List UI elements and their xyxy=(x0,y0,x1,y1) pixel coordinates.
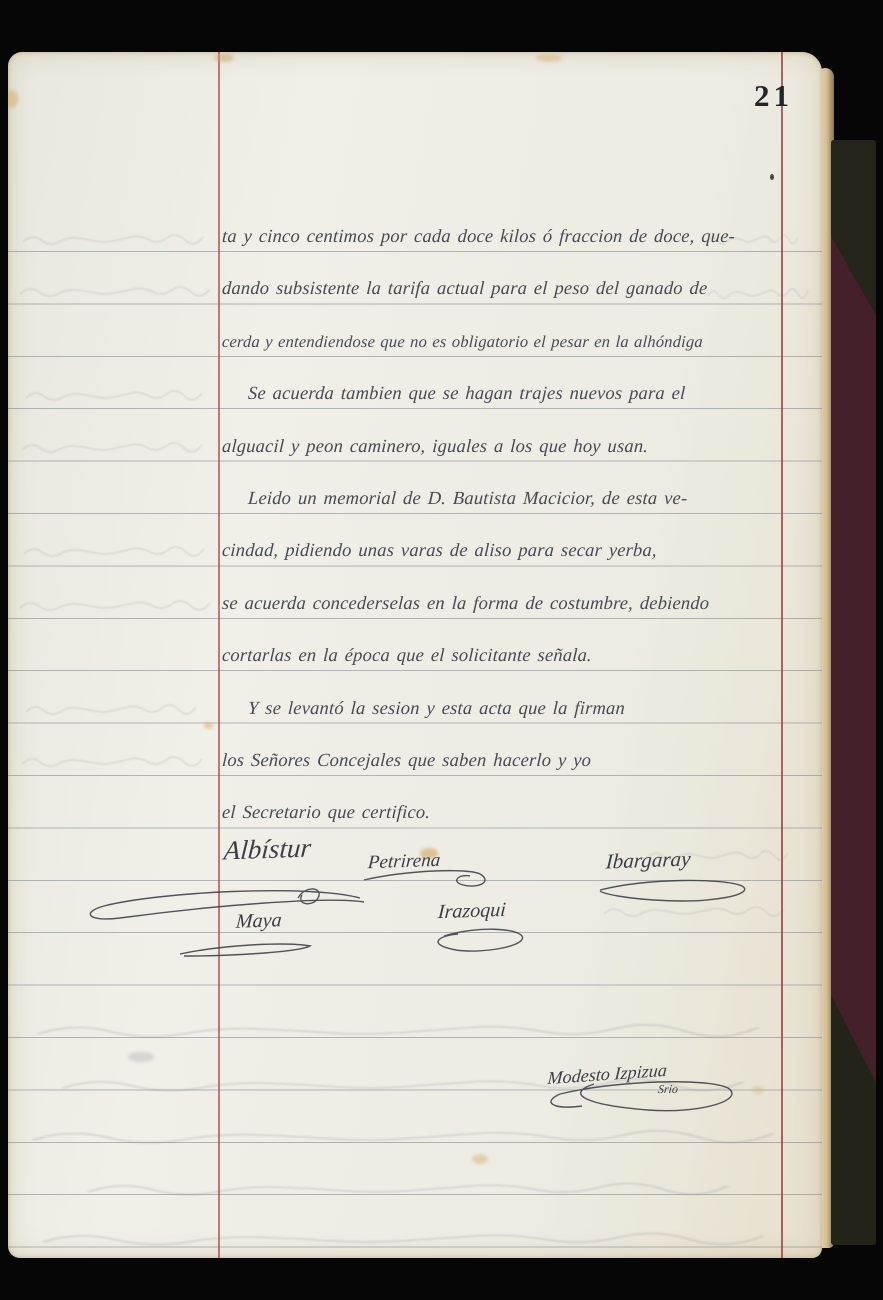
paper-stain xyxy=(8,90,18,108)
page-number: 21 xyxy=(754,78,793,114)
paper-stain xyxy=(472,1154,488,1164)
signature-irazoqui: Irazoqui xyxy=(437,899,507,924)
manuscript-line: cindad, pidiendo unas varas de aliso par… xyxy=(221,529,783,573)
signature-ibargaray: Ibargaray xyxy=(605,847,691,875)
manuscript-line: cerda y entendiendose que no es obligato… xyxy=(221,320,783,364)
signature-albistur: Albístur xyxy=(223,832,312,866)
manuscript-line: se acuerda concederselas en la forma de … xyxy=(221,582,783,626)
manuscript-line: cortarlas en la época que el solicitante… xyxy=(221,634,783,678)
manuscript-line: Y se levantó la sesion y esta acta que l… xyxy=(221,687,809,731)
manuscript-line: ta y cinco centimos por cada doce kilos … xyxy=(221,215,783,259)
paper-stain xyxy=(752,1086,764,1094)
manuscript-line: el Secretario que certifico. xyxy=(221,791,783,835)
paper-smudge xyxy=(128,1052,154,1062)
paper-stain xyxy=(214,54,234,62)
photo-background: 21 ta y cinco centimos por cada doce kil… xyxy=(0,0,883,1300)
book-cover-edge xyxy=(831,140,876,1245)
book-cover-corner-bottom xyxy=(831,995,876,1245)
paper-stain xyxy=(536,54,562,62)
ledger-page: 21 ta y cinco centimos por cada doce kil… xyxy=(8,52,822,1258)
signature-maya: Maya xyxy=(235,909,282,934)
paper-stain xyxy=(204,722,213,729)
manuscript-line: Leido un memorial de D. Bautista Macicio… xyxy=(221,477,809,521)
signature-petrirena: Petrirena xyxy=(367,850,441,875)
manuscript-line: alguacil y peon caminero, iguales a los … xyxy=(221,425,783,469)
manuscript-line: Se acuerda tambien que se hagan trajes n… xyxy=(221,372,809,416)
signature-secretary-title: Srio xyxy=(657,1082,679,1097)
manuscript-line: dando subsistente la tarifa actual para … xyxy=(221,267,783,311)
ink-fleck xyxy=(770,174,774,180)
margin-line-left xyxy=(218,52,220,1258)
book-cover-corner-top xyxy=(831,140,876,315)
manuscript-line: los Señores Concejales que saben hacerlo… xyxy=(221,739,783,783)
